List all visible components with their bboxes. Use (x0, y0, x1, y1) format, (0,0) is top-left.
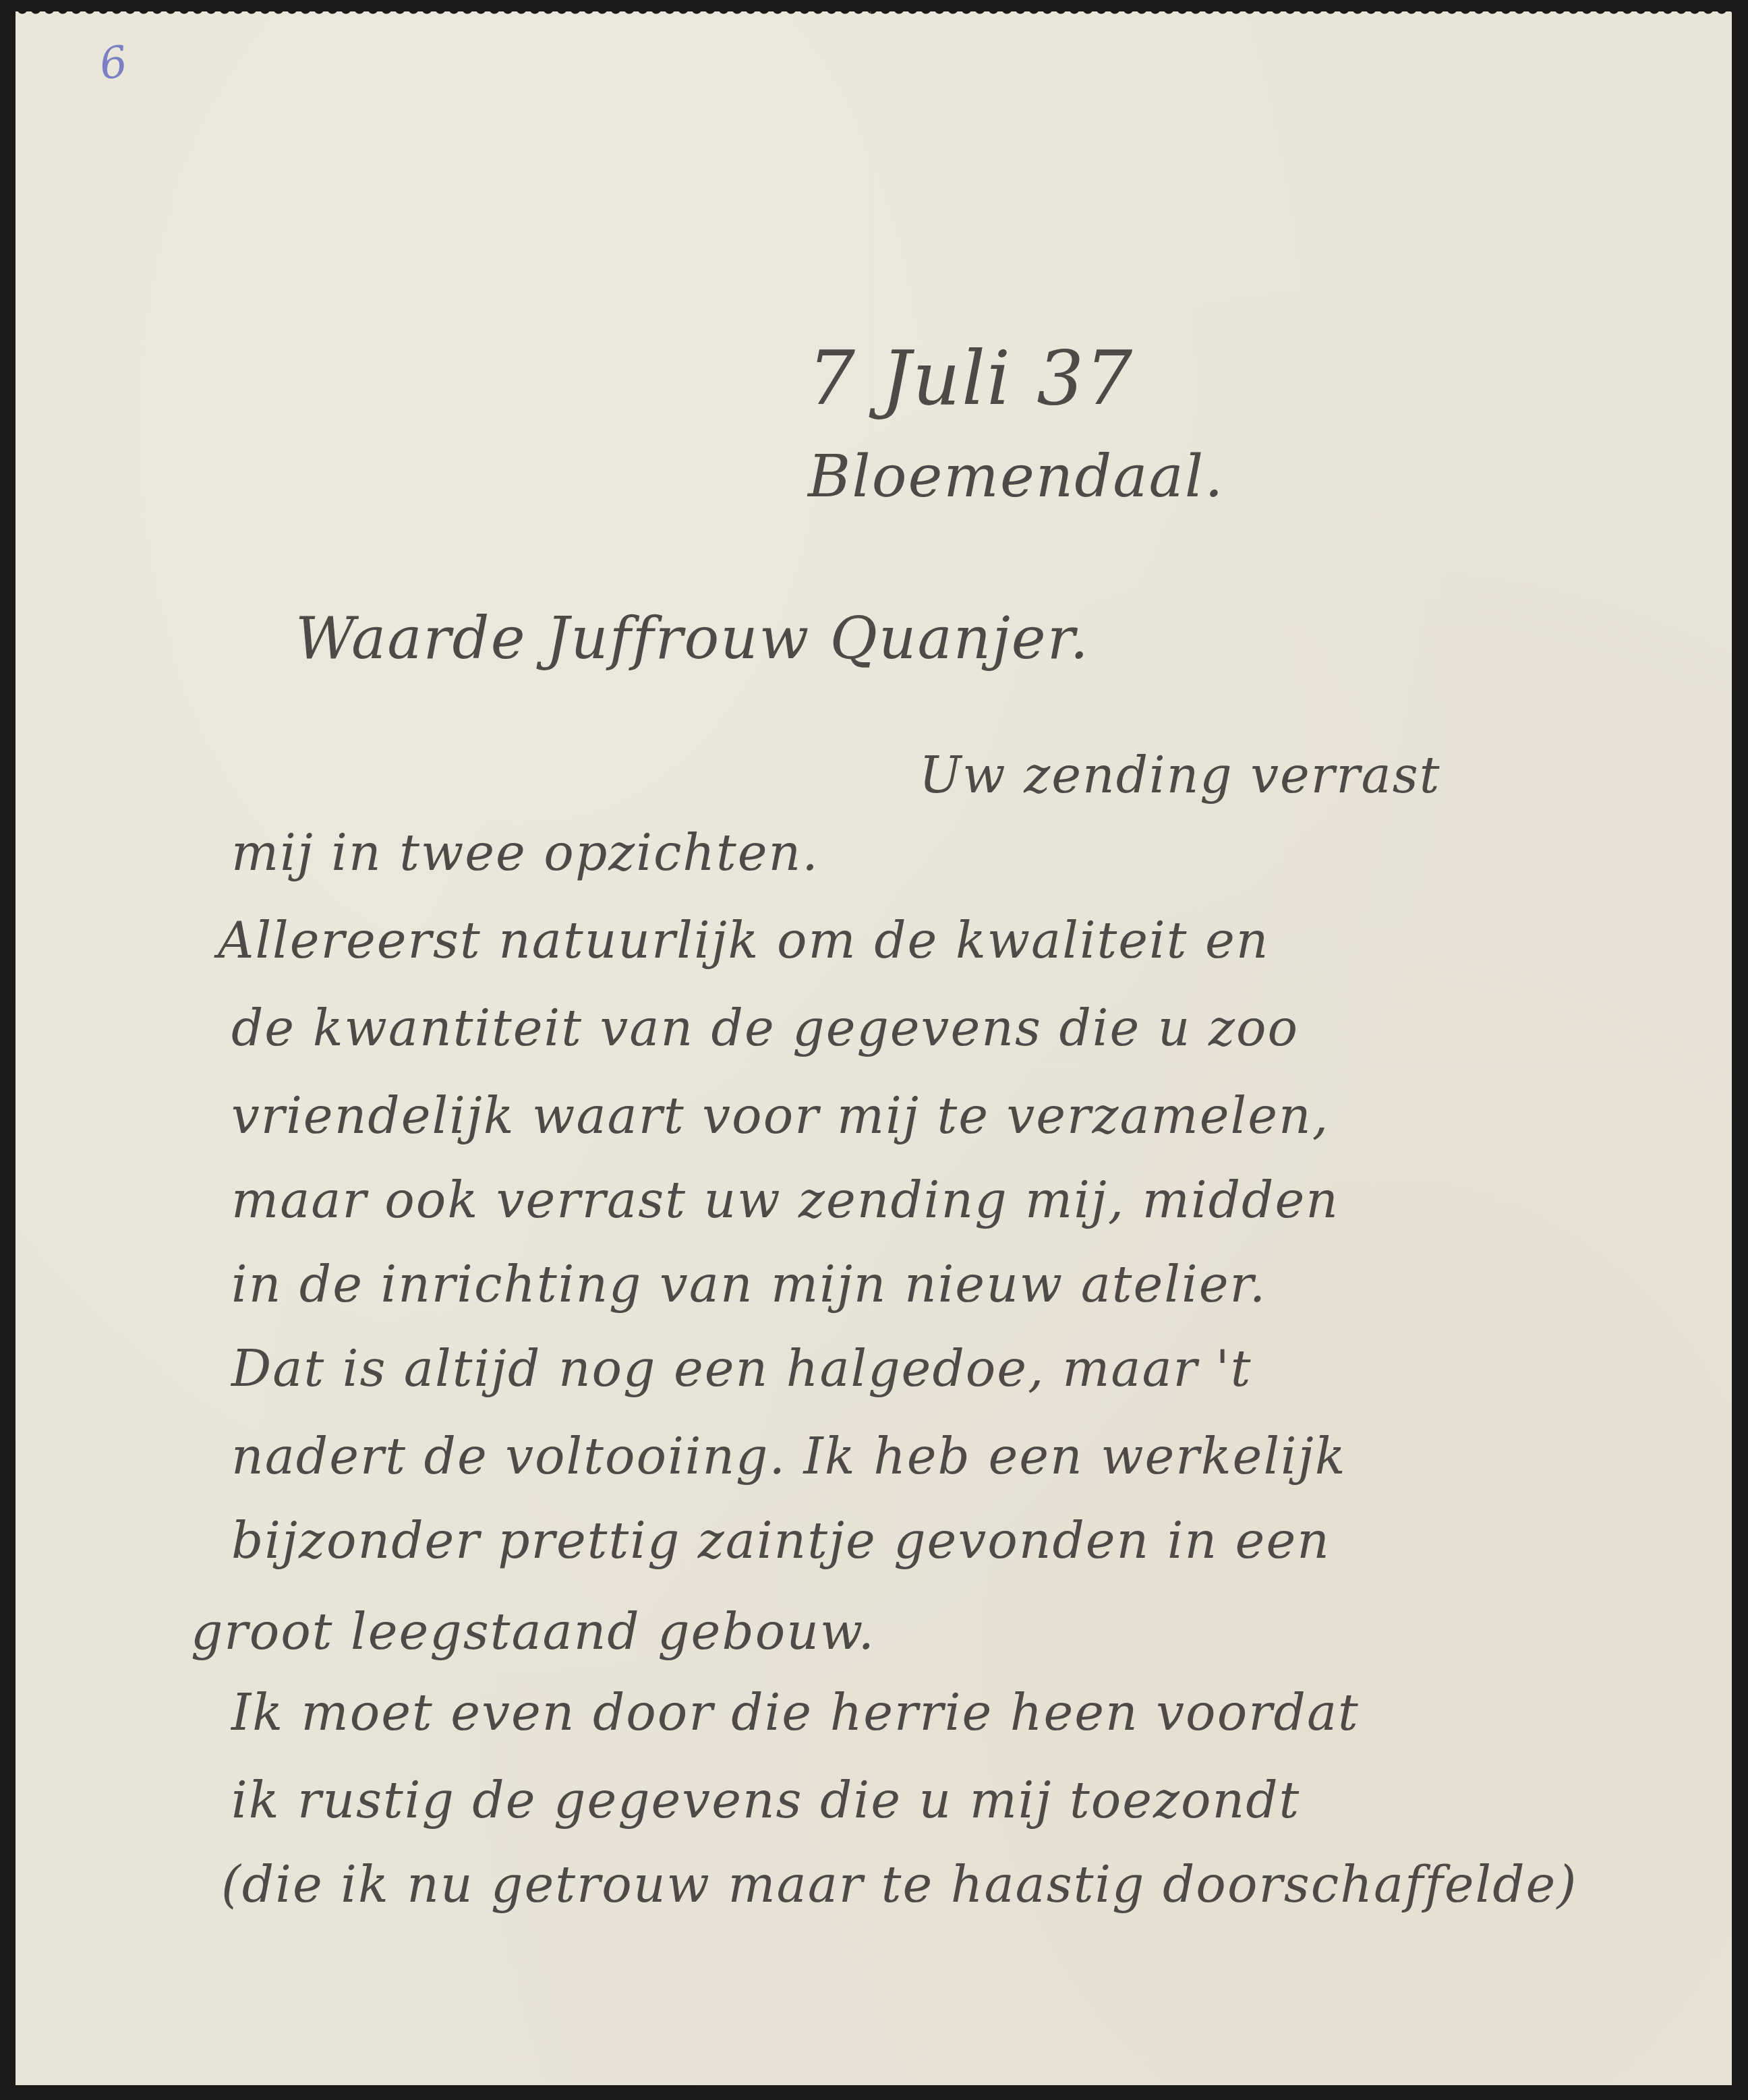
body-line: maar ook verrast uw zending mij, midden (231, 1171, 1339, 1229)
paper-fold-horizontal (16, 1063, 1732, 1065)
letter-page: 6 7 Juli 37 Bloemendaal. Waarde Juffrouw… (16, 11, 1732, 2085)
salutation: Waarde Juffrouw Quanjer. (295, 605, 1090, 672)
body-line: de kwantiteit van de gegevens die u zoo (231, 999, 1299, 1057)
body-line: bijzonder prettig zaintje gevonden in ee… (231, 1512, 1331, 1570)
body-line: Ik moet even door die herrie heen voorda… (231, 1684, 1360, 1742)
body-line: groot leegstaand gebouw. (191, 1603, 875, 1661)
body-line: Uw zending verrast (919, 747, 1440, 805)
body-line: ik rustig de gegevens die u mij toezondt (231, 1772, 1300, 1830)
body-line: Allereerst natuurlijk om de kwaliteit en (218, 912, 1269, 970)
body-line: in de inrichting van mijn nieuw atelier. (231, 1256, 1266, 1314)
deckled-edge (16, 9, 1732, 18)
body-line: mij in twee opzichten. (231, 824, 819, 882)
letter-place: Bloemendaal. (808, 443, 1225, 511)
body-line: (die ik nu getrouw maar te haastig doors… (221, 1856, 1577, 1914)
body-line: vriendelijk waart voor mij te verzamelen… (231, 1087, 1329, 1145)
body-line: Dat is altijd nog een halgedoe, maar 't (231, 1340, 1252, 1398)
letter-date: 7 Juli 37 (808, 335, 1134, 421)
body-line: nadert de voltooiing. Ik heb een werkeli… (231, 1428, 1347, 1486)
page-number: 6 (96, 37, 131, 90)
